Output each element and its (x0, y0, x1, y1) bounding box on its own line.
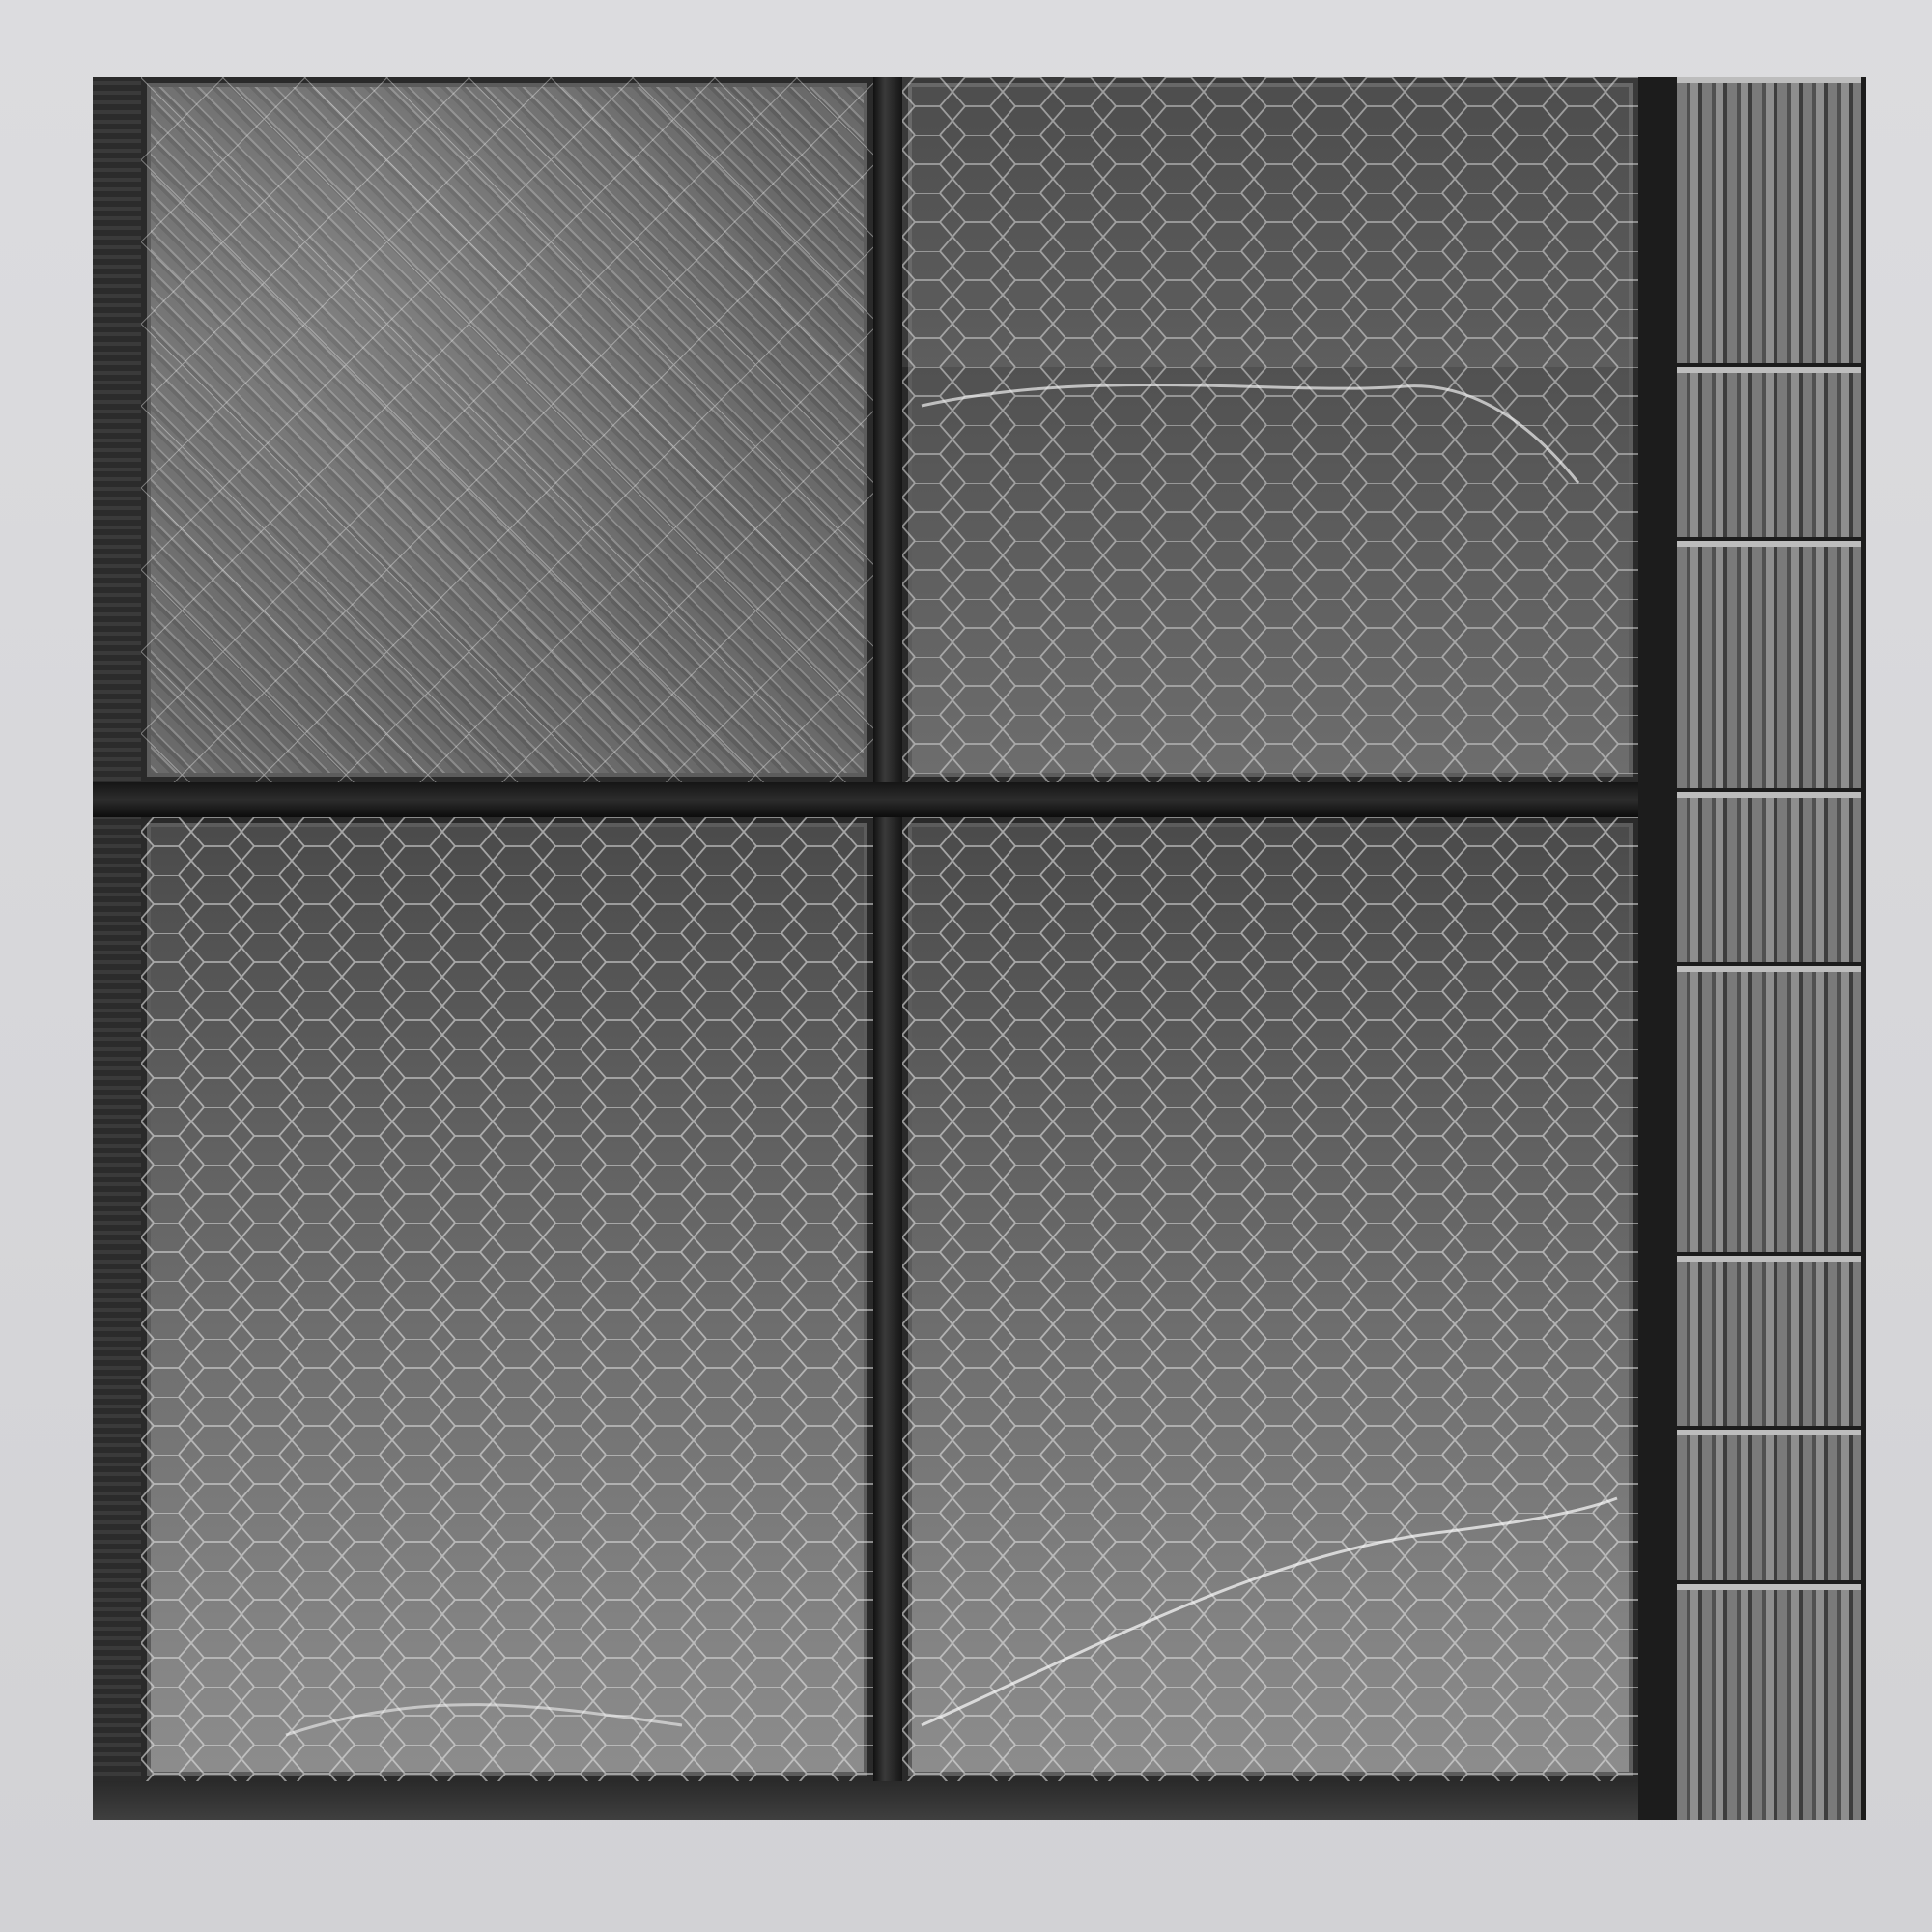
window-frame-left (93, 77, 141, 1820)
hex-wire-mesh (141, 817, 873, 1781)
brick-wall (1638, 77, 1866, 1820)
diagonal-wire-mesh (141, 77, 873, 782)
pane-top-left (141, 77, 873, 782)
hex-wire-mesh (902, 817, 1638, 1781)
pane-bottom-right (902, 817, 1638, 1781)
brick (1677, 541, 1861, 788)
pane-bottom-left (141, 817, 873, 1781)
window-mullion-vertical (873, 77, 902, 1820)
brick (1677, 792, 1861, 962)
window-mullion-horizontal (93, 782, 1638, 817)
photograph-print (93, 77, 1866, 1820)
brick (1677, 1430, 1861, 1580)
brick (1677, 966, 1861, 1252)
pane-top-right (902, 77, 1638, 782)
brick (1677, 77, 1861, 363)
window-sill (93, 1781, 1638, 1820)
brick (1677, 1256, 1861, 1426)
brick (1677, 367, 1861, 537)
hex-wire-mesh (902, 77, 1638, 782)
brick (1677, 1584, 1861, 1820)
